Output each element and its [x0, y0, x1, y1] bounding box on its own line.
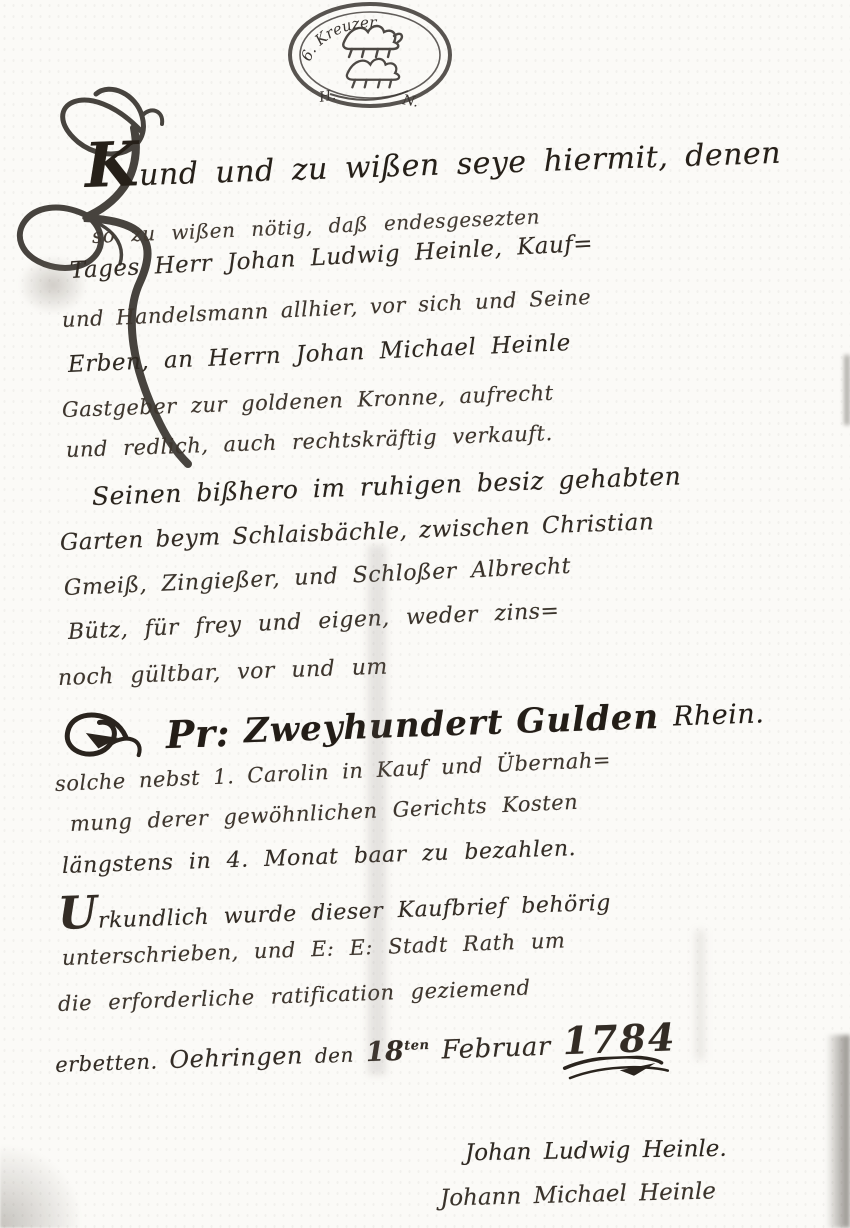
seal-initial-left: H. — [317, 87, 337, 106]
manuscript-line: Erben, an Herrn Johan Michael Heinle — [67, 330, 571, 378]
manuscript-line: Gastgeber zur goldenen Kronne, aufrecht — [62, 381, 554, 422]
manuscript-line: die erforderliche ratification geziemend — [58, 976, 531, 1016]
price-mark: Pr: — [165, 709, 231, 756]
scan-corner-shadow — [0, 1140, 80, 1228]
price-mark-flourish — [55, 703, 153, 770]
manuscript-line: Gmeiß, Zingießer, und Schloßer Albrecht — [63, 554, 571, 601]
closing-dateline: erbetten. Oehringen den 18ten Februar 17… — [54, 1014, 677, 1081]
year-underline-flourish — [559, 1054, 680, 1086]
manuscript-opening-line: Kund und zu wißen seye hiermit, denen — [84, 124, 781, 195]
closing-year-group: 1784 — [562, 1014, 677, 1063]
closing-den: den — [314, 1043, 354, 1068]
seal-initial-right: N. — [400, 92, 419, 111]
manuscript-line: Bütz, für frey und eigen, weder zins= — [67, 599, 560, 645]
seal-graphic: 6. Kreuzer H. N. — [284, 0, 456, 112]
scan-fold-streak — [368, 545, 386, 1075]
closing-lead: erbetten. — [55, 1049, 158, 1077]
lion-emblem-icon — [343, 26, 402, 87]
manuscript-line: mung derer gewöhnlichen Gerichts Kosten — [69, 790, 578, 836]
scanned-document-page: 6. Kreuzer H. N. — [0, 0, 850, 1228]
signature-buyer: Johann Michael Heinle — [440, 1178, 717, 1211]
manuscript-line: Seinen bißhero im ruhigen besiz gehabten — [91, 461, 681, 511]
revenue-seal: 6. Kreuzer H. N. — [284, 0, 456, 116]
price-amount: Zweyhundert Gulden — [243, 697, 659, 751]
signature-seller: Johan Ludwig Heinle. — [465, 1136, 727, 1167]
scan-fold-streak — [695, 930, 705, 1060]
manuscript-line: noch gültbar, vor und um — [58, 654, 389, 690]
closing-place: Oehringen — [169, 1041, 303, 1074]
manuscript-line: und Handelsmann allhier, vor sich und Se… — [61, 285, 591, 332]
manuscript-line: längstens in 4. Monat baar zu bezahlen. — [62, 836, 577, 879]
scan-edge-shadow — [844, 355, 850, 425]
scan-edge-shadow — [826, 1035, 850, 1228]
manuscript-line: Garten beym Schlaisbächle, zwischen Chri… — [60, 509, 655, 556]
price-currency: Rhein. — [673, 698, 765, 732]
closing-day-suffix: ten — [404, 1038, 430, 1054]
manuscript-line: und redlich, auch rechtskräftig verkauft… — [66, 421, 553, 462]
closing-month: Februar — [441, 1032, 551, 1066]
manuscript-line: unterschrieben, und E: E: Stadt Rath um — [62, 928, 566, 970]
manuscript-line: Urkundlich wurde dieser Kaufbrief behöri… — [57, 881, 611, 935]
